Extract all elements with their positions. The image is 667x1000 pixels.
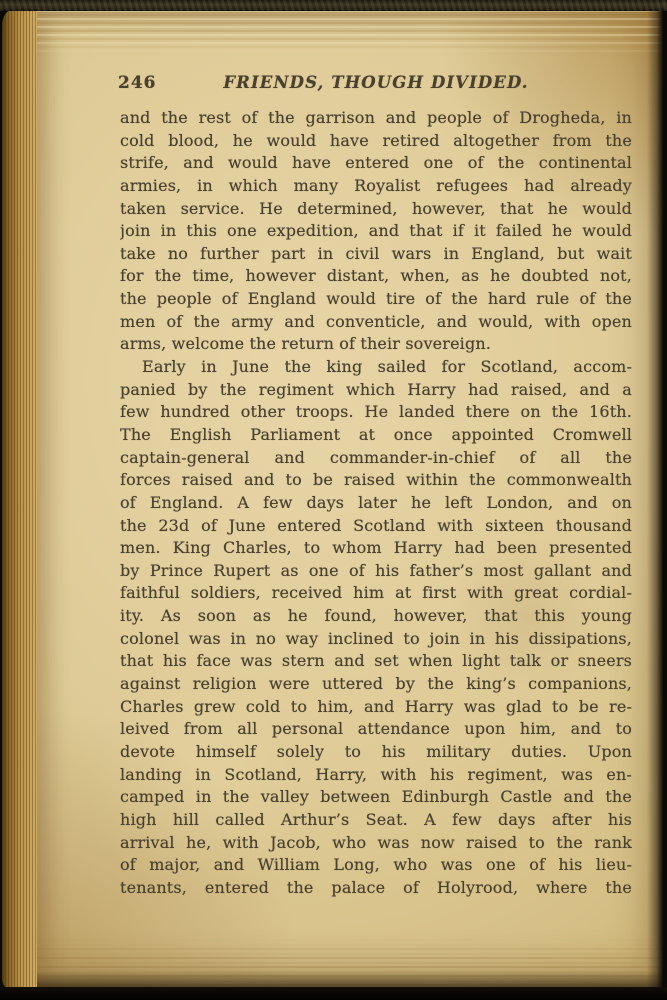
text-line: ity. As soon as he found, however, that … [120,605,632,628]
text-line: armies, in which many Royalist refugees … [120,175,632,198]
text-line: forces raised and to be raised within th… [120,469,632,492]
text-line: that his face was stern and set when lig… [120,650,632,673]
text-line: captain-general and commander-in-chief o… [120,447,632,470]
text-line: arms, welcome the return of their sovere… [120,333,632,356]
text-line: the people of England would tire of the … [120,288,632,311]
book-binding-top [0,0,667,11]
page-edge-stack [2,10,37,988]
book-binding-bottom [0,987,667,1000]
text-line: against religion were uttered by the kin… [120,673,632,696]
text-line: join in this one expedition, and that if… [120,220,632,243]
scan-streaks-top [37,10,663,56]
text-line: devote himself solely to his military du… [120,741,632,764]
text-line: taken service. He determined, however, t… [120,198,632,221]
text-line: leived from all personal attendance upon… [120,718,632,741]
text-line: camped in the valley between Edinburgh C… [120,786,632,809]
text-line: Early in June the king sailed for Scotla… [120,356,632,379]
text-line: tenants, entered the palace of Holyrood,… [120,877,632,900]
text-line: by Prince Rupert as one of his father’s … [120,560,632,583]
text-line: high hill called Arthur’s Seat. A few da… [120,809,632,832]
text-line: the 23d of June entered Scotland with si… [120,515,632,538]
text-line: of major, and William Long, who was one … [120,854,632,877]
text-line: men of the army and conventicle, and wou… [120,311,632,334]
text-line: panied by the regiment which Harry had r… [120,379,632,402]
text-line: cold blood, he would have retired altoge… [120,130,632,153]
text-line: arrival he, with Jacob, who was now rais… [120,832,632,855]
text-line: few hundred other troops. He landed ther… [120,401,632,424]
page-bottom-shadow [37,971,663,987]
text-line: faithful soldiers, received him at first… [120,582,632,605]
page-shadow-right [647,10,663,987]
page-body: and the rest of the garrison and people … [120,107,632,899]
text-line: and the rest of the garrison and people … [120,107,632,130]
text-line: landing in Scotland, Harry, with his reg… [120,764,632,787]
running-header: 246 FRIENDS, THOUGH DIVIDED. [120,73,632,95]
scanned-book-page: 246 FRIENDS, THOUGH DIVIDED. and the res… [0,0,667,1000]
running-title: FRIENDS, THOUGH DIVIDED. [223,73,528,92]
text-line: of England. A few days later he left Lon… [120,492,632,515]
text-line: strife, and would have entered one of th… [120,152,632,175]
text-line: take no further part in civil wars in En… [120,243,632,266]
text-line: for the time, however distant, when, as … [120,265,632,288]
text-line: Charles grew cold to him, and Harry was … [120,696,632,719]
text-line: men. King Charles, to whom Harry had bee… [120,537,632,560]
text-line: colonel was in no way inclined to join i… [120,628,632,651]
page-number: 246 [118,73,157,93]
text-line: The English Parliament at once appointed… [120,424,632,447]
